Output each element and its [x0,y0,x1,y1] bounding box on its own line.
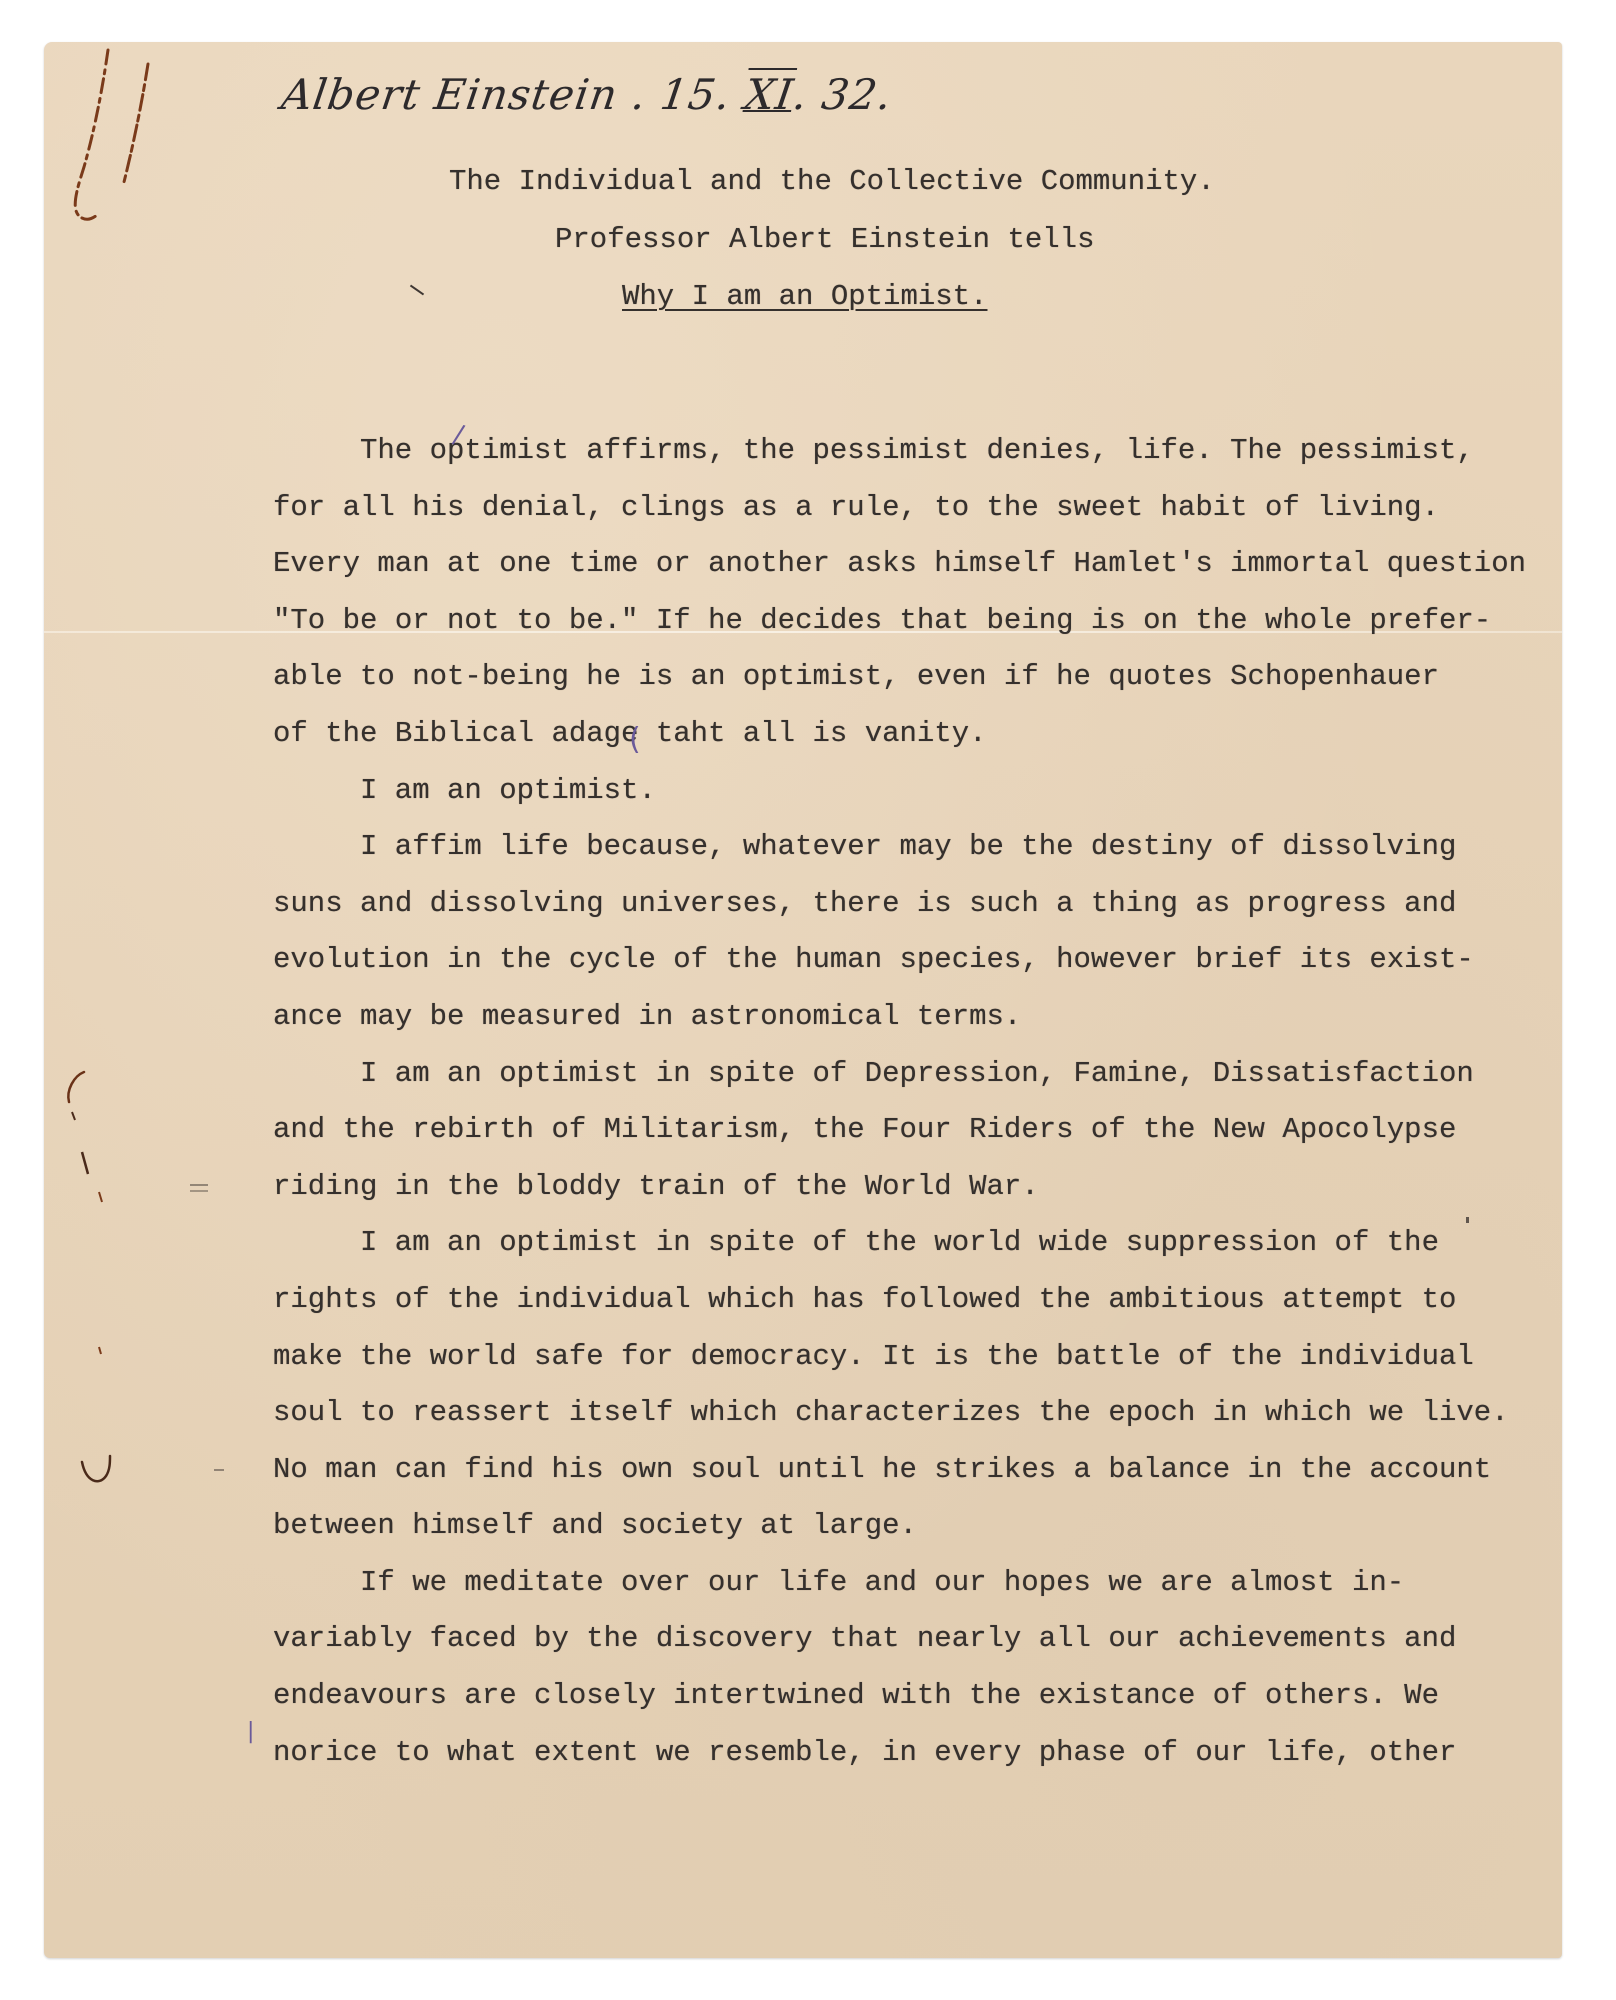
body-line: make the world safe for democracy. It is… [273,1329,1573,1386]
margin-dash-mark [190,1190,208,1192]
margin-dash-mark [190,1184,208,1186]
body-line: I am an optimist in spite of the world w… [273,1215,1573,1272]
signature-name: Albert Einstein [279,70,622,119]
body-line: endeavours are closely intertwined with … [273,1668,1573,1725]
body-line: No man can find his own soul until he st… [273,1442,1573,1499]
body-line: Every man at one time or another asks hi… [273,536,1573,593]
body-line: soul to reassert itself which characteri… [273,1385,1573,1442]
body-line: The optimist affirms, the pessimist deni… [273,423,1573,480]
signature-year: . 32. [790,70,895,119]
body-line: of the Biblical adage taht all is vanity… [273,706,1573,763]
title-line-1: The Individual and the Collective Commun… [449,167,1215,196]
margin-dash-mark [214,1469,224,1471]
body-line: rights of the individual which has follo… [273,1272,1573,1329]
body-line: "To be or not to be." If he decides that… [273,593,1573,650]
margin-dot-mark [1466,1217,1469,1223]
body-text: The optimist affirms, the pessimist deni… [273,423,1573,1781]
body-line: variably faced by the discovery that nea… [273,1611,1573,1668]
body-line: and the rebirth of Militarism, the Four … [273,1102,1573,1159]
body-line: evolution in the cycle of the human spec… [273,932,1573,989]
typewritten-page: Albert Einstein . 15. XI. 32. The Indivi… [44,42,1562,1958]
body-line: ance may be measured in astronomical ter… [273,989,1573,1046]
body-line: I am an optimist in spite of Depression,… [273,1046,1573,1103]
paperclip-rust-mark-bottom [44,42,204,1542]
title-line-3-heading: Why I am an Optimist. [622,282,987,311]
body-line: for all his denial, clings as a rule, to… [273,480,1573,537]
body-line: I affim life because, whatever may be th… [273,819,1573,876]
handwritten-signature: Albert Einstein . 15. XI. 32. [279,70,896,119]
body-line: norice to what extent we resemble, in ev… [273,1725,1573,1782]
title-line-2: Professor Albert Einstein tells [555,225,1095,254]
pencil-correction-circle: ( [629,722,641,757]
signature-day: 15. [657,70,734,119]
body-line: If we meditate over our life and our hop… [273,1555,1573,1612]
body-line: suns and dissolving universes, there is … [273,876,1573,933]
signature-month: XI [742,70,797,119]
body-line: I am an optimist. [273,763,1573,820]
body-line: riding in the bloddy train of the World … [273,1159,1573,1216]
body-line: able to not-being he is an optimist, eve… [273,649,1573,706]
pen-tick-mark [410,285,424,296]
pencil-correction-mark: | [247,1719,254,1744]
body-line: between himself and society at large. [273,1498,1573,1555]
